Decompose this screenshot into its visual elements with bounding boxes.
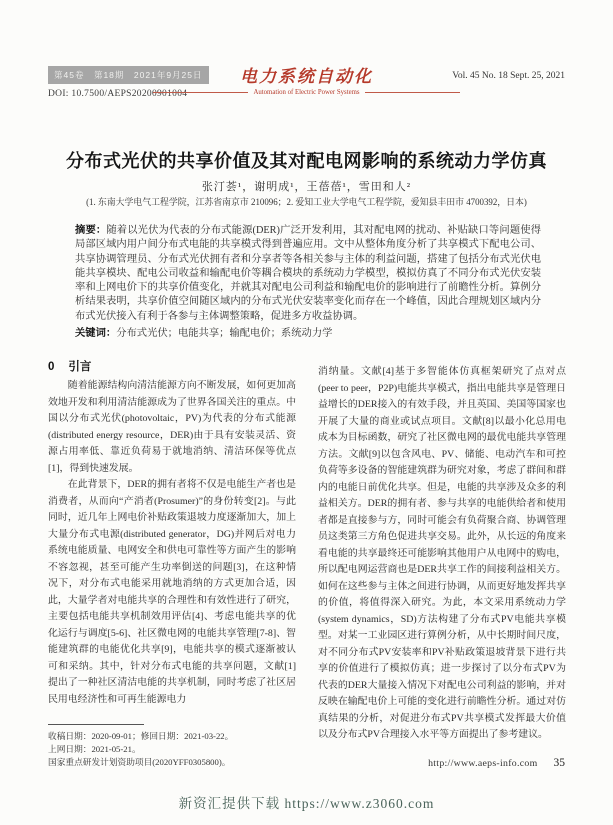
- section-title: 引言: [68, 361, 91, 373]
- footnote-block: 收稿日期：2020-09-01；修回日期：2021-03-22。 上网日期：20…: [48, 724, 298, 770]
- journal-logo: 电力系统自动化 Automation of Electric Power Sys…: [177, 62, 437, 96]
- author-list: 张汀荟¹，谢明成¹，王蓓蓓¹，雪田和人²: [0, 178, 613, 194]
- journal-name-en: Automation of Electric Power Systems: [253, 89, 359, 96]
- section-number: 0: [48, 361, 54, 373]
- journal-name-en-row: Automation of Electric Power Systems: [177, 89, 437, 96]
- abstract-paragraph: 摘要：随着以光伏为代表的分布式能源(DER)广泛开发利用，其对配电网的扰动、补贴…: [75, 224, 541, 324]
- page-header: 第45卷 第18期 2021年9月25日 DOI: 10.7500/AEPS20…: [48, 62, 565, 110]
- logo-rule-right: [365, 92, 460, 93]
- abstract-text: 随着以光伏为代表的分布式能源(DER)广泛开发利用，其对配电网的扰动、补贴缺口等…: [75, 225, 541, 322]
- volume-info-en: Vol. 45 No. 18 Sept. 25, 2021: [452, 71, 565, 81]
- intro-paragraph-2: 在此背景下，DER的拥有者将不仅是电能生产者也是消费者，从而向“产消者(Pros…: [48, 477, 296, 708]
- footnote-funding: 国家重点研发计划资助项目(2020YFF0305800)。: [48, 756, 298, 769]
- footnote-received-date: 收稿日期：2020-09-01；修回日期：2021-03-22。: [48, 730, 298, 743]
- journal-website-link[interactable]: http://www.aeps-info.com: [428, 758, 537, 769]
- left-column: 随着能源结构向清洁能源方向不断发展，如何更加高效地开发和利用清洁能源成为了世界各…: [48, 378, 296, 708]
- right-column: 消纳量。文献[4]基于多智能体仿真框架研究了点对点(peer to peer，P…: [318, 364, 566, 744]
- affiliation-line: (1. 东南大学电气工程学院，江苏省南京市 210096；2. 爱知工业大学电气…: [0, 195, 613, 208]
- keywords-line: 关键词：分布式光伏；电能共享；输配电价；系统动力学: [75, 327, 541, 341]
- keywords-text: 分布式光伏；电能共享；输配电价；系统动力学: [116, 328, 332, 339]
- keywords-label: 关键词：: [75, 328, 116, 339]
- doi-text: DOI: 10.7500/AEPS20200901004: [48, 89, 187, 99]
- section-heading-introduction: 0引言: [48, 358, 91, 374]
- journal-page: 第45卷 第18期 2021年9月25日 DOI: 10.7500/AEPS20…: [0, 0, 613, 825]
- intro-paragraph-1: 随着能源结构向清洁能源方向不断发展，如何更加高效地开发和利用清洁能源成为了世界各…: [48, 378, 296, 477]
- download-watermark-link[interactable]: 新资汇提供下载 https://www.z3060.com: [0, 792, 613, 812]
- footnote-online-date: 上网日期：2021-05-21。: [48, 743, 298, 756]
- page-footer: http://www.aeps-info.com 35: [428, 757, 565, 769]
- abstract-label: 摘要：: [75, 225, 106, 236]
- intro-paragraph-3: 消纳量。文献[4]基于多智能体仿真框架研究了点对点(peer to peer，P…: [318, 364, 566, 744]
- article-title: 分布式光伏的共享价值及其对配电网影响的系统动力学仿真: [36, 147, 577, 173]
- logo-rule-left: [153, 92, 248, 93]
- page-number: 35: [554, 757, 566, 769]
- abstract-block: 摘要：随着以光伏为代表的分布式能源(DER)广泛开发利用，其对配电网的扰动、补贴…: [75, 224, 541, 341]
- footnote-rule: [48, 724, 144, 725]
- journal-name-cn: 电力系统自动化: [177, 62, 437, 87]
